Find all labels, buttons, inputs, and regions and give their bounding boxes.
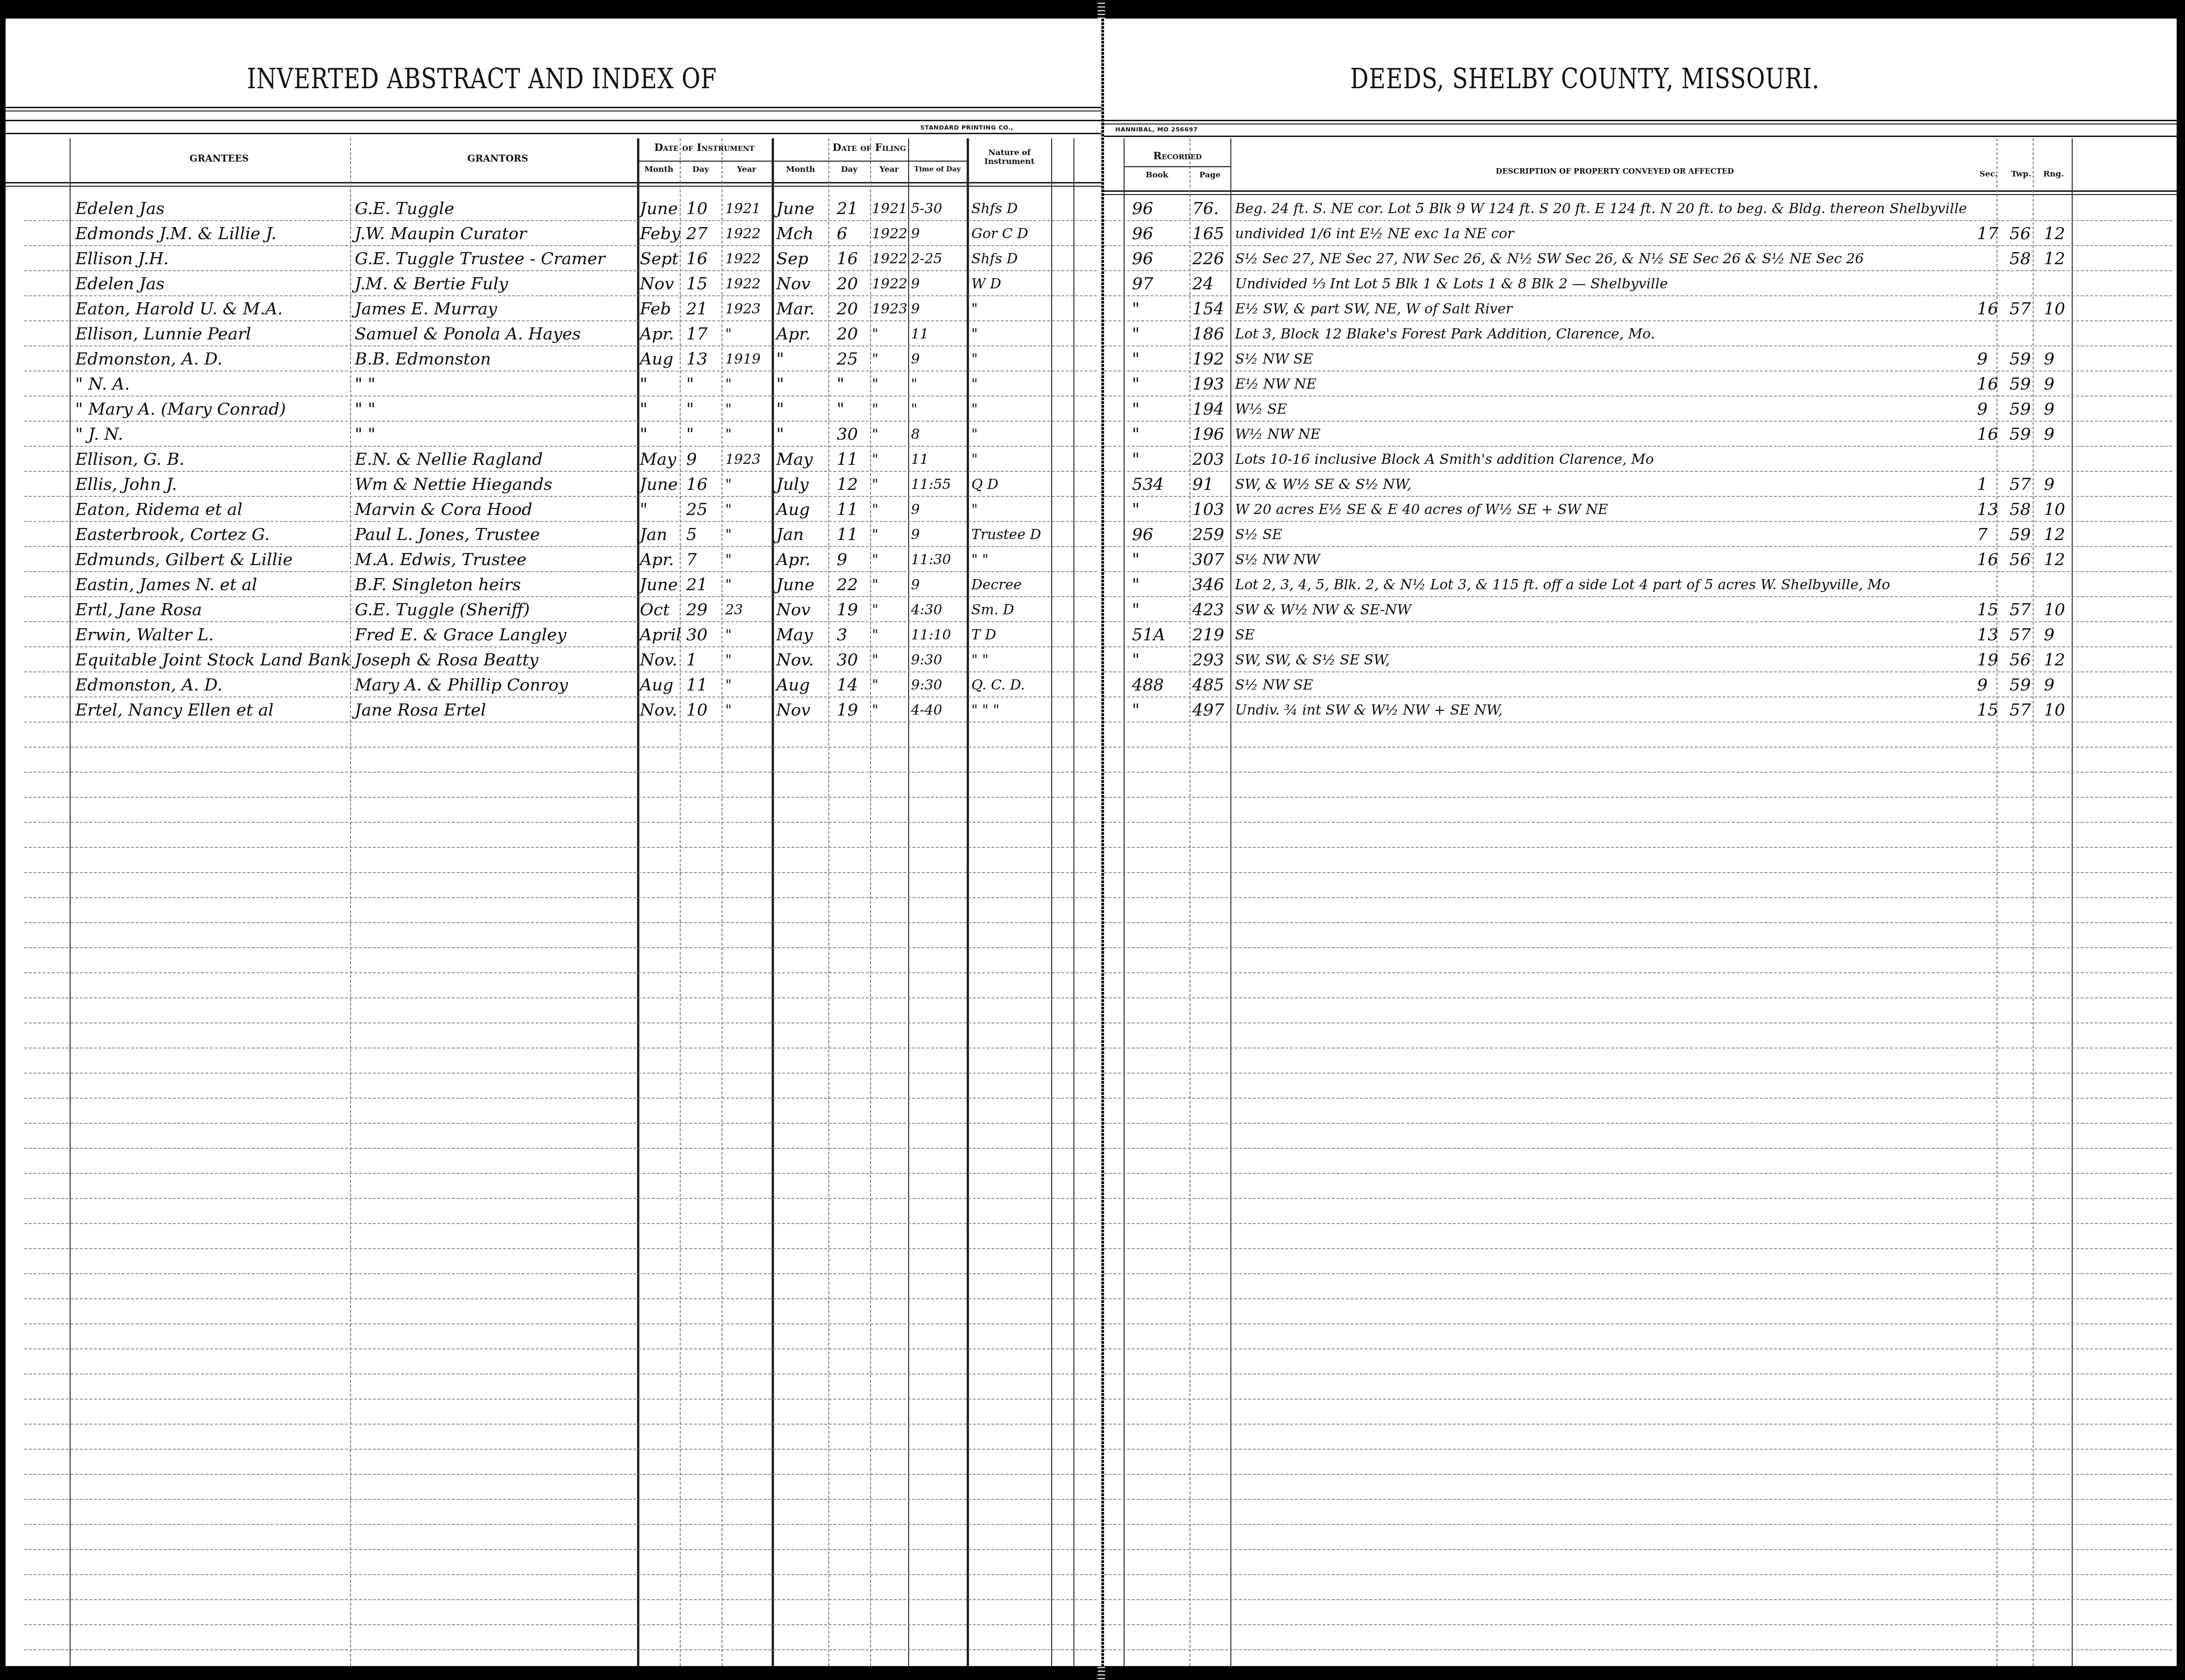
right-page: DEEDS, SHELBY COUNTY, MISSOURI. HANNIBAL… xyxy=(1104,19,2177,1666)
filing-year-cell: " xyxy=(872,346,878,372)
row-rule xyxy=(1104,1649,2172,1650)
grantee-cell: Ellison J.H. xyxy=(75,246,169,272)
grantor-cell: Mary A. & Phillip Conroy xyxy=(355,672,568,698)
book-cell: 51A xyxy=(1132,622,1165,648)
row-rule xyxy=(1104,1524,2172,1525)
description-cell: Undivided ⅓ Int Lot 5 Blk 1 & Lots 1 & 8… xyxy=(1235,271,1668,297)
book-cell: " xyxy=(1132,647,1140,673)
description-cell: S½ NW SE xyxy=(1235,672,1313,698)
grantee-cell: " Mary A. (Mary Conrad) xyxy=(75,397,286,423)
filing-day-cell: 20 xyxy=(837,296,858,322)
instrument-year-cell: 1923 xyxy=(725,447,761,473)
range-cell: 9 xyxy=(2044,472,2055,498)
nature-of-instrument-cell: " xyxy=(971,397,978,423)
filing-year-cell: 1922 xyxy=(872,271,907,297)
page-cell: 259 xyxy=(1192,522,1224,548)
rule xyxy=(6,120,1101,121)
range-cell: 9 xyxy=(2044,672,2055,698)
page-cell: 196 xyxy=(1192,422,1224,448)
row-rule xyxy=(24,1524,1097,1525)
row-rule xyxy=(24,1073,1097,1074)
instrument-month-cell: April xyxy=(640,622,681,648)
township-cell: 58 xyxy=(2009,497,2031,523)
instrument-month-cell: Feb xyxy=(640,296,671,322)
time-of-day-cell: 11:10 xyxy=(911,622,951,648)
section-cell: 13 xyxy=(1977,622,1998,648)
instrument-month-cell: Sept xyxy=(640,246,678,272)
grantor-cell: " " xyxy=(355,397,376,423)
filing-day-cell: 22 xyxy=(837,572,858,598)
row-rule xyxy=(24,1499,1097,1500)
col-divider xyxy=(1051,138,1052,1666)
filing-day-cell: 14 xyxy=(837,672,858,698)
grantor-cell: Samuel & Ponola A. Hayes xyxy=(355,321,581,347)
page-cell: 485 xyxy=(1192,672,1224,698)
filing-month-cell: Sep xyxy=(776,246,808,272)
rule xyxy=(6,133,1101,134)
grantee-cell: Edmonston, A. D. xyxy=(75,672,222,698)
description-cell: SW, SW, & S½ SE SW, xyxy=(1235,647,1390,673)
filing-year-cell: " xyxy=(872,371,878,397)
header-inst-month: Month xyxy=(638,165,680,174)
nature-of-instrument-cell: " xyxy=(971,346,978,372)
township-cell: 57 xyxy=(2009,622,2031,648)
time-of-day-cell: 2-25 xyxy=(911,246,942,272)
time-of-day-cell: 4-40 xyxy=(911,697,942,723)
instrument-day-cell: 30 xyxy=(686,622,708,648)
instrument-day-cell: 11 xyxy=(686,672,708,698)
book-cell: 96 xyxy=(1132,522,1153,548)
instrument-year-cell: " xyxy=(725,397,732,423)
row-rule xyxy=(1104,1123,2172,1124)
filing-year-cell: " xyxy=(872,422,878,448)
grantee-cell: Ertl, Jane Rosa xyxy=(75,597,202,623)
row-rule xyxy=(24,1624,1097,1625)
township-cell: 59 xyxy=(2009,672,2031,698)
filing-year-cell: 1922 xyxy=(872,221,907,247)
township-cell: 59 xyxy=(2009,346,2031,372)
filing-year-cell: " xyxy=(872,647,878,673)
filing-year-cell: " xyxy=(872,447,878,473)
filing-year-cell: " xyxy=(872,572,878,598)
row-rule xyxy=(24,1474,1097,1475)
section-cell: 19 xyxy=(1977,647,1998,673)
row-rule xyxy=(1104,1549,2172,1550)
nature-of-instrument-cell: " xyxy=(971,371,978,397)
instrument-month-cell: May xyxy=(640,447,676,473)
instrument-month-cell: " xyxy=(640,397,648,423)
row-rule xyxy=(24,797,1097,798)
page-cell: 91 xyxy=(1192,472,1214,498)
grantee-cell: Edelen Jas xyxy=(75,271,164,297)
header-sec: Sec. xyxy=(1977,170,2000,179)
grantor-cell: Paul L. Jones, Trustee xyxy=(355,522,540,548)
header-inst-year: Year xyxy=(722,165,772,174)
filing-day-cell: 30 xyxy=(837,647,858,673)
book-cell: " xyxy=(1132,296,1140,322)
filing-month-cell: Jan xyxy=(776,522,804,548)
range-cell: 10 xyxy=(2044,497,2065,523)
row-rule xyxy=(24,772,1097,773)
filing-day-cell: 3 xyxy=(837,622,847,648)
row-rule xyxy=(1104,1574,2172,1575)
filing-month-cell: Apr. xyxy=(776,321,811,347)
grantor-cell: G.E. Tuggle (Sheriff) xyxy=(355,597,530,623)
col-divider xyxy=(967,138,969,1666)
section-cell: 13 xyxy=(1977,497,1998,523)
col-divider xyxy=(70,138,71,1666)
row-rule xyxy=(1104,1474,2172,1475)
row-rule xyxy=(24,1248,1097,1249)
page-cell: 154 xyxy=(1192,296,1224,322)
col-divider xyxy=(772,138,774,1666)
header-recorded: Recorded xyxy=(1125,150,1230,162)
row-rule xyxy=(1104,1499,2172,1500)
book-cell: " xyxy=(1132,346,1140,372)
township-cell: 56 xyxy=(2009,547,2031,573)
description-cell: S½ NW NW xyxy=(1235,547,1320,573)
instrument-year-cell: 1921 xyxy=(725,196,761,222)
rule xyxy=(6,107,1101,108)
description-cell: Undiv. ¾ int SW & W½ NW + SE NW, xyxy=(1235,697,1502,723)
row-rule xyxy=(24,1123,1097,1124)
row-rule xyxy=(24,997,1097,998)
township-cell: 59 xyxy=(2009,371,2031,397)
filing-month-cell: " xyxy=(776,397,784,423)
row-rule xyxy=(24,1449,1097,1450)
section-cell: 9 xyxy=(1977,346,1988,372)
time-of-day-cell: 11:30 xyxy=(911,547,951,573)
book-cell: 97 xyxy=(1132,271,1153,297)
book-cell: 96 xyxy=(1132,246,1153,272)
township-cell: 59 xyxy=(2009,522,2031,548)
range-cell: 9 xyxy=(2044,422,2055,448)
filing-day-cell: 19 xyxy=(837,697,858,723)
nature-of-instrument-cell: " " xyxy=(971,647,988,673)
filing-day-cell: 6 xyxy=(837,221,847,247)
book-cell: " xyxy=(1132,371,1140,397)
header-date-of-instrument: Date of Instrument xyxy=(637,142,772,153)
row-rule xyxy=(24,947,1097,948)
grantor-cell: James E. Murray xyxy=(355,296,497,322)
row-rule xyxy=(1104,872,2172,873)
description-cell: Lot 2, 3, 4, 5, Blk. 2, & N½ Lot 3, & 11… xyxy=(1235,572,1890,598)
filing-year-cell: 1923 xyxy=(872,296,907,322)
row-rule xyxy=(1104,1248,2172,1249)
instrument-day-cell: 16 xyxy=(686,472,708,498)
header-nature-of-instrument: Nature of Instrument xyxy=(968,149,1051,166)
filing-day-cell: " xyxy=(837,397,845,423)
col-divider xyxy=(1230,138,1231,1666)
row-rule xyxy=(24,446,1097,447)
filing-year-cell: " xyxy=(872,547,878,573)
filing-day-cell: 9 xyxy=(837,547,847,573)
nature-of-instrument-cell: " xyxy=(971,321,978,347)
time-of-day-cell: 11 xyxy=(911,321,929,347)
header-grantees: GRANTEES xyxy=(173,153,266,163)
section-cell: 7 xyxy=(1977,522,1988,548)
book-cell: " xyxy=(1132,497,1140,523)
nature-of-instrument-cell: Sm. D xyxy=(971,597,1014,623)
instrument-month-cell: Nov xyxy=(640,271,674,297)
nature-of-instrument-cell: Gor C D xyxy=(971,221,1028,247)
instrument-year-cell: 1923 xyxy=(725,296,761,322)
township-cell: 57 xyxy=(2009,296,2031,322)
filing-month-cell: Mch xyxy=(776,221,813,247)
instrument-day-cell: " xyxy=(686,371,694,397)
instrument-year-cell: " xyxy=(725,422,732,448)
row-rule xyxy=(1104,1223,2172,1224)
instrument-year-cell: 1919 xyxy=(725,346,761,372)
rule xyxy=(1104,136,2177,137)
grantor-cell: Joseph & Rosa Beatty xyxy=(355,647,539,673)
grantee-cell: Equitable Joint Stock Land Bank xyxy=(75,647,351,673)
page-cell: 423 xyxy=(1192,597,1224,623)
row-rule xyxy=(1104,1374,2172,1374)
filing-month-cell: July xyxy=(776,472,808,498)
row-rule xyxy=(24,897,1097,898)
instrument-month-cell: Jan xyxy=(640,522,667,548)
grantee-cell: Eastin, James N. et al xyxy=(75,572,257,598)
header-twp: Twp. xyxy=(2009,170,2033,179)
description-cell: SE xyxy=(1235,622,1255,648)
time-of-day-cell: 8 xyxy=(911,422,920,448)
instrument-year-cell: " xyxy=(725,647,732,673)
instrument-day-cell: " xyxy=(686,422,694,448)
row-rule xyxy=(24,847,1097,848)
filing-month-cell: Nov xyxy=(776,597,811,623)
instrument-year-cell: " xyxy=(725,622,732,648)
filing-day-cell: 30 xyxy=(837,422,858,448)
grantor-cell: J.W. Maupin Curator xyxy=(355,221,527,247)
row-rule xyxy=(24,1549,1097,1550)
grantor-cell: Jane Rosa Ertel xyxy=(355,697,486,723)
row-rule xyxy=(24,872,1097,873)
description-cell: undivided 1/6 int E½ NE exc 1a NE cor xyxy=(1235,221,1514,247)
grantee-cell: Edmunds, Gilbert & Lillie xyxy=(75,547,293,573)
row-rule xyxy=(24,922,1097,923)
nature-of-instrument-cell: " xyxy=(971,422,978,448)
description-cell: S½ SE xyxy=(1235,522,1282,548)
header-time-of-day: Time of Day xyxy=(908,165,967,173)
section-cell: 16 xyxy=(1977,371,1998,397)
col-divider xyxy=(1996,138,1997,1666)
section-cell: 16 xyxy=(1977,422,1998,448)
filing-year-cell: " xyxy=(872,622,878,648)
time-of-day-cell: 9 xyxy=(911,346,920,372)
instrument-month-cell: Nov. xyxy=(640,697,677,723)
header-inst-day: Day xyxy=(680,165,722,174)
description-cell: Lot 3, Block 12 Blake's Forest Park Addi… xyxy=(1235,321,1655,347)
row-rule xyxy=(24,1649,1097,1650)
grantor-cell: M.A. Edwis, Trustee xyxy=(355,547,527,573)
page-cell: 186 xyxy=(1192,321,1224,347)
filing-day-cell: 12 xyxy=(837,472,858,498)
page-cell: 203 xyxy=(1192,447,1224,473)
row-rule xyxy=(1104,1424,2172,1425)
instrument-month-cell: June xyxy=(640,572,678,598)
description-cell: W 20 acres E½ SE & E 40 acres of W½ SE +… xyxy=(1235,497,1608,523)
time-of-day-cell: 9 xyxy=(911,296,920,322)
col-divider xyxy=(1124,138,1125,1666)
time-of-day-cell: 9 xyxy=(911,271,920,297)
page-cell: 346 xyxy=(1192,572,1224,598)
description-cell: E½ SW, & part SW, NE, W of Salt River xyxy=(1235,296,1512,322)
row-rule xyxy=(24,1173,1097,1174)
instrument-month-cell: June xyxy=(640,472,678,498)
row-rule xyxy=(24,747,1097,748)
row-rule xyxy=(1104,947,2172,948)
grantee-cell: Erwin, Walter L. xyxy=(75,622,214,648)
instrument-year-cell: " xyxy=(725,672,732,698)
col-divider xyxy=(637,138,639,1666)
row-rule xyxy=(1104,1599,2172,1600)
instrument-day-cell: " xyxy=(686,397,694,423)
time-of-day-cell: " xyxy=(911,371,917,397)
rule xyxy=(6,111,1101,111)
range-cell: 9 xyxy=(2044,622,2055,648)
filing-day-cell: " xyxy=(837,371,845,397)
row-rule xyxy=(1104,797,2172,798)
col-divider xyxy=(2072,138,2073,1666)
grantee-cell: " N. A. xyxy=(75,371,130,397)
township-cell: 56 xyxy=(2009,647,2031,673)
time-of-day-cell: 9 xyxy=(911,572,920,598)
row-rule xyxy=(1104,972,2172,973)
instrument-year-cell: " xyxy=(725,472,732,498)
row-rule xyxy=(24,1574,1097,1575)
grantee-cell: Ellis, John J. xyxy=(75,472,177,498)
grantor-cell: G.E. Tuggle Trustee - Cramer xyxy=(355,246,605,272)
time-of-day-cell: 11 xyxy=(911,447,929,473)
instrument-day-cell: 1 xyxy=(686,647,697,673)
nature-of-instrument-cell: " xyxy=(971,296,978,322)
grantor-cell: J.M. & Bertie Fuly xyxy=(355,271,508,297)
section-cell: 15 xyxy=(1977,697,1998,723)
book-cell: 96 xyxy=(1132,221,1153,247)
range-cell: 10 xyxy=(2044,597,2065,623)
filing-month-cell: Nov. xyxy=(776,647,814,673)
row-rule xyxy=(1104,1022,2172,1023)
time-of-day-cell: 9 xyxy=(911,221,920,247)
nature-of-instrument-cell: " " xyxy=(971,547,988,573)
instrument-day-cell: 9 xyxy=(686,447,697,473)
grantee-cell: Ellison, Lunnie Pearl xyxy=(75,321,251,347)
instrument-year-cell: 1922 xyxy=(725,271,761,297)
page-cell: 193 xyxy=(1192,371,1224,397)
row-rule xyxy=(24,1273,1097,1274)
book-cell: " xyxy=(1132,447,1140,473)
row-rule xyxy=(24,1399,1097,1400)
row-rule xyxy=(1104,897,2172,898)
row-rule xyxy=(1104,997,2172,998)
time-of-day-cell: 11:55 xyxy=(911,472,951,498)
nature-of-instrument-cell: Q D xyxy=(971,472,998,498)
time-of-day-cell: 9 xyxy=(911,522,920,548)
instrument-month-cell: Aug xyxy=(640,346,673,372)
book-cell: " xyxy=(1132,572,1140,598)
section-cell: 16 xyxy=(1977,296,1998,322)
filing-day-cell: 20 xyxy=(837,321,858,347)
instrument-day-cell: 10 xyxy=(686,196,708,222)
instrument-month-cell: Oct xyxy=(640,597,670,623)
filing-day-cell: 11 xyxy=(837,497,858,523)
filing-month-cell: Aug xyxy=(776,497,810,523)
row-rule xyxy=(1104,1323,2172,1324)
nature-of-instrument-cell: " xyxy=(971,497,978,523)
header-book: Book xyxy=(1125,171,1190,180)
col-divider xyxy=(2033,138,2034,1666)
township-cell: 59 xyxy=(2009,397,2031,423)
grantor-cell: B.F. Singleton heirs xyxy=(355,572,521,598)
filing-month-cell: May xyxy=(776,622,813,648)
time-of-day-cell: 9:30 xyxy=(911,672,942,698)
filing-month-cell: " xyxy=(776,346,784,372)
time-of-day-cell: 5-30 xyxy=(911,196,942,222)
row-rule xyxy=(1104,1048,2172,1048)
grantee-cell: Eaton, Harold U. & M.A. xyxy=(75,296,283,322)
filing-year-cell: " xyxy=(872,321,878,347)
page-cell: 165 xyxy=(1192,221,1224,247)
row-rule xyxy=(1104,1624,2172,1625)
header-grantors: GRANTORS xyxy=(451,153,544,163)
rule xyxy=(1104,190,2177,192)
page-cell: 103 xyxy=(1192,497,1224,523)
row-rule xyxy=(24,1348,1097,1349)
col-divider xyxy=(680,138,681,1666)
section-cell: 1 xyxy=(1977,472,1988,498)
book-cell: " xyxy=(1132,597,1140,623)
township-cell: 59 xyxy=(2009,422,2031,448)
nature-of-instrument-cell: Trustee D xyxy=(971,522,1041,548)
page-cell: 24 xyxy=(1192,271,1214,297)
grantor-cell: Wm & Nettie Hiegands xyxy=(355,472,553,498)
page-cell: 76. xyxy=(1192,196,1219,222)
printer-mark-right: HANNIBAL, MO 256697 xyxy=(1115,126,1198,133)
instrument-day-cell: 29 xyxy=(686,597,708,623)
instrument-year-cell: 1922 xyxy=(725,246,761,272)
row-rule xyxy=(24,1323,1097,1324)
rule xyxy=(1104,120,2177,121)
description-cell: S½ NW SE xyxy=(1235,346,1313,372)
row-rule xyxy=(1104,1449,2172,1450)
row-rule xyxy=(1104,1298,2172,1299)
grantee-cell: Easterbrook, Cortez G. xyxy=(75,522,270,548)
row-rule xyxy=(1104,747,2172,748)
filing-year-cell: 1922 xyxy=(872,246,907,272)
grantor-cell: " " xyxy=(355,422,376,448)
range-cell: 9 xyxy=(2044,346,2055,372)
instrument-month-cell: June xyxy=(640,196,678,222)
range-cell: 10 xyxy=(2044,296,2065,322)
filing-year-cell: " xyxy=(872,397,878,423)
filing-month-cell: Aug xyxy=(776,672,810,698)
book-cell: " xyxy=(1132,422,1140,448)
row-rule xyxy=(24,1048,1097,1048)
description-cell: W½ NW NE xyxy=(1235,422,1320,448)
filing-month-cell: June xyxy=(776,196,814,222)
grantor-cell: B.B. Edmonston xyxy=(355,346,491,372)
row-rule xyxy=(1104,1073,2172,1074)
range-cell: 12 xyxy=(2044,246,2065,272)
filing-month-cell: June xyxy=(776,572,814,598)
nature-of-instrument-cell: W D xyxy=(971,271,1001,297)
description-cell: E½ NW NE xyxy=(1235,371,1316,397)
section-cell: 9 xyxy=(1977,672,1988,698)
row-rule xyxy=(1104,1148,2172,1149)
page-cell: 226 xyxy=(1192,246,1224,272)
instrument-year-cell: " xyxy=(725,497,732,523)
